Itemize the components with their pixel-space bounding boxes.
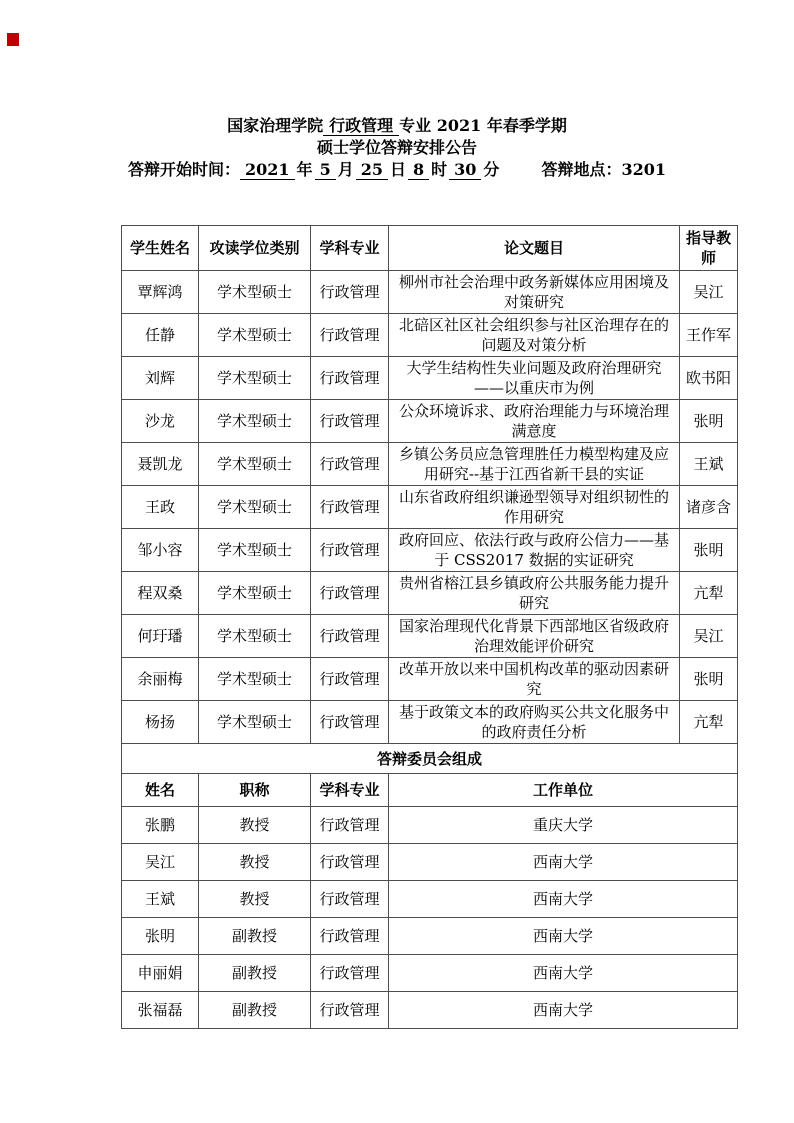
- student-advisor-cell: 吴江: [680, 615, 738, 658]
- student-advisor-cell: 欧书阳: [680, 357, 738, 400]
- student-advisor-cell: 王作军: [680, 314, 738, 357]
- header-committee-major: 学科专业: [311, 774, 389, 807]
- committee-unit-cell: 西南大学: [389, 844, 738, 881]
- student-thesis-cell: 政府回应、依法行政与政府公信力——基于 CSS2017 数据的实证研究: [389, 529, 680, 572]
- header-committee-title: 职称: [199, 774, 311, 807]
- student-row: 聂凯龙 学术型硕士 行政管理 乡镇公务员应急管理胜任力模型构建及应用研究--基于…: [122, 443, 738, 486]
- committee-row: 张福磊 副教授 行政管理 西南大学: [122, 992, 738, 1029]
- red-square-marker: [7, 33, 19, 46]
- student-name-cell: 刘辉: [122, 357, 199, 400]
- committee-name-cell: 张鹏: [122, 807, 199, 844]
- committee-major-cell: 行政管理: [311, 881, 389, 918]
- schedule-time-label: 答辩开始时间：: [128, 160, 240, 179]
- student-row: 杨扬 学术型硕士 行政管理 基于政策文本的政府购买公共文化服务中的政府责任分析 …: [122, 701, 738, 744]
- student-major-cell: 行政管理: [311, 400, 389, 443]
- student-thesis-cell: 大学生结构性失业问题及政府治理研究——以重庆市为例: [389, 357, 680, 400]
- committee-title-cell: 教授: [199, 807, 311, 844]
- committee-unit-cell: 西南大学: [389, 918, 738, 955]
- student-degree-cell: 学术型硕士: [199, 486, 311, 529]
- header-student-name: 学生姓名: [122, 226, 199, 271]
- student-major-cell: 行政管理: [311, 615, 389, 658]
- student-degree-cell: 学术型硕士: [199, 357, 311, 400]
- committee-title-cell: 副教授: [199, 992, 311, 1029]
- committee-title-cell: 教授: [199, 881, 311, 918]
- committee-row: 吴江 教授 行政管理 西南大学: [122, 844, 738, 881]
- committee-section-title: 答辩委员会组成: [122, 744, 738, 774]
- student-name-cell: 王政: [122, 486, 199, 529]
- schedule-day: 25: [356, 160, 388, 180]
- student-degree-cell: 学术型硕士: [199, 271, 311, 314]
- student-advisor-cell: 亢犁: [680, 701, 738, 744]
- student-row: 王政 学术型硕士 行政管理 山东省政府组织谦逊型领导对组织韧性的作用研究 诸彦含: [122, 486, 738, 529]
- student-degree-cell: 学术型硕士: [199, 314, 311, 357]
- committee-row: 申丽娟 副教授 行政管理 西南大学: [122, 955, 738, 992]
- committee-name-cell: 申丽娟: [122, 955, 199, 992]
- committee-header-row: 姓名 职称 学科专业 工作单位: [122, 774, 738, 807]
- location-value: 3201: [621, 160, 666, 179]
- committee-major-cell: 行政管理: [311, 992, 389, 1029]
- student-name-cell: 程双桑: [122, 572, 199, 615]
- committee-row: 张鹏 教授 行政管理 重庆大学: [122, 807, 738, 844]
- student-row: 程双桑 学术型硕士 行政管理 贵州省榕江县乡镇政府公共服务能力提升研究 亢犁: [122, 572, 738, 615]
- student-advisor-cell: 诸彦含: [680, 486, 738, 529]
- header-thesis-title: 论文题目: [389, 226, 680, 271]
- schedule-day-unit: 日: [390, 160, 406, 179]
- student-row: 沙龙 学术型硕士 行政管理 公众环境诉求、政府治理能力与环境治理满意度 张明: [122, 400, 738, 443]
- student-name-cell: 邹小容: [122, 529, 199, 572]
- schedule-hour: 8: [408, 160, 429, 180]
- title-line-1: 国家治理学院行政管理专业 2021 年春季学期: [0, 115, 794, 137]
- committee-row: 张明 副教授 行政管理 西南大学: [122, 918, 738, 955]
- committee-unit-cell: 西南大学: [389, 955, 738, 992]
- student-name-cell: 余丽梅: [122, 658, 199, 701]
- committee-table-body: 张鹏 教授 行政管理 重庆大学 吴江 教授 行政管理 西南大学 王斌 教授 行政…: [122, 807, 738, 1029]
- header-committee-unit: 工作单位: [389, 774, 738, 807]
- student-thesis-cell: 贵州省榕江县乡镇政府公共服务能力提升研究: [389, 572, 680, 615]
- students-header-row: 学生姓名 攻读学位类别 学科专业 论文题目 指导教师: [122, 226, 738, 271]
- schedule-year-unit: 年: [297, 160, 313, 179]
- schedule-hour-unit: 时: [431, 160, 447, 179]
- schedule-month: 5: [315, 160, 336, 180]
- student-degree-cell: 学术型硕士: [199, 529, 311, 572]
- student-degree-cell: 学术型硕士: [199, 443, 311, 486]
- committee-title-cell: 教授: [199, 844, 311, 881]
- title-line1-major-blank: 行政管理: [323, 116, 399, 136]
- committee-section-row: 答辩委员会组成: [122, 744, 738, 774]
- title-line-2: 硕士学位答辩安排公告: [0, 137, 794, 159]
- student-name-cell: 覃辉鸿: [122, 271, 199, 314]
- schedule-month-unit: 月: [338, 160, 354, 179]
- student-degree-cell: 学术型硕士: [199, 400, 311, 443]
- committee-row: 王斌 教授 行政管理 西南大学: [122, 881, 738, 918]
- committee-section: 答辩委员会组成 姓名 职称 学科专业 工作单位: [122, 744, 738, 807]
- committee-major-cell: 行政管理: [311, 918, 389, 955]
- student-thesis-cell: 山东省政府组织谦逊型领导对组织韧性的作用研究: [389, 486, 680, 529]
- student-major-cell: 行政管理: [311, 314, 389, 357]
- student-degree-cell: 学术型硕士: [199, 615, 311, 658]
- student-major-cell: 行政管理: [311, 701, 389, 744]
- committee-name-cell: 吴江: [122, 844, 199, 881]
- defense-schedule-table: 学生姓名 攻读学位类别 学科专业 论文题目 指导教师 覃辉鸿 学术型硕士 行政管…: [121, 225, 738, 1029]
- student-degree-cell: 学术型硕士: [199, 701, 311, 744]
- location-label: 答辩地点：: [541, 160, 621, 179]
- student-advisor-cell: 吴江: [680, 271, 738, 314]
- student-thesis-cell: 柳州市社会治理中政务新媒体应用困境及对策研究: [389, 271, 680, 314]
- student-major-cell: 行政管理: [311, 271, 389, 314]
- document-page: 国家治理学院行政管理专业 2021 年春季学期 硕士学位答辩安排公告 答辩开始时…: [0, 0, 794, 1123]
- student-advisor-cell: 张明: [680, 658, 738, 701]
- student-row: 覃辉鸿 学术型硕士 行政管理 柳州市社会治理中政务新媒体应用困境及对策研究 吴江: [122, 271, 738, 314]
- committee-unit-cell: 重庆大学: [389, 807, 738, 844]
- students-table-body: 覃辉鸿 学术型硕士 行政管理 柳州市社会治理中政务新媒体应用困境及对策研究 吴江…: [122, 271, 738, 744]
- student-row: 何玗璠 学术型硕士 行政管理 国家治理现代化背景下西部地区省级政府治理效能评价研…: [122, 615, 738, 658]
- committee-unit-cell: 西南大学: [389, 881, 738, 918]
- header-degree-type: 攻读学位类别: [199, 226, 311, 271]
- student-row: 刘辉 学术型硕士 行政管理 大学生结构性失业问题及政府治理研究——以重庆市为例 …: [122, 357, 738, 400]
- title-line1-suffix: 专业 2021 年春季学期: [399, 116, 567, 135]
- student-thesis-cell: 北碚区社区社会组织参与社区治理存在的问题及对策分析: [389, 314, 680, 357]
- committee-unit-cell: 西南大学: [389, 992, 738, 1029]
- committee-major-cell: 行政管理: [311, 955, 389, 992]
- student-advisor-cell: 王斌: [680, 443, 738, 486]
- student-major-cell: 行政管理: [311, 529, 389, 572]
- committee-title-cell: 副教授: [199, 918, 311, 955]
- student-thesis-cell: 乡镇公务员应急管理胜任力模型构建及应用研究--基于江西省新干县的实证: [389, 443, 680, 486]
- student-advisor-cell: 亢犁: [680, 572, 738, 615]
- student-major-cell: 行政管理: [311, 357, 389, 400]
- title-line-3: 答辩开始时间：2021年5月25日8时30分答辩地点：3201: [0, 159, 794, 181]
- student-advisor-cell: 张明: [680, 400, 738, 443]
- header-committee-name: 姓名: [122, 774, 199, 807]
- student-row: 余丽梅 学术型硕士 行政管理 改革开放以来中国机构改革的驱动因素研究 张明: [122, 658, 738, 701]
- committee-title-cell: 副教授: [199, 955, 311, 992]
- students-table-header: 学生姓名 攻读学位类别 学科专业 论文题目 指导教师: [122, 226, 738, 271]
- committee-major-cell: 行政管理: [311, 807, 389, 844]
- student-name-cell: 何玗璠: [122, 615, 199, 658]
- student-name-cell: 杨扬: [122, 701, 199, 744]
- student-row: 邹小容 学术型硕士 行政管理 政府回应、依法行政与政府公信力——基于 CSS20…: [122, 529, 738, 572]
- student-degree-cell: 学术型硕士: [199, 658, 311, 701]
- schedule-minute: 30: [449, 160, 481, 180]
- student-major-cell: 行政管理: [311, 443, 389, 486]
- student-row: 任静 学术型硕士 行政管理 北碚区社区社会组织参与社区治理存在的问题及对策分析 …: [122, 314, 738, 357]
- student-advisor-cell: 张明: [680, 529, 738, 572]
- student-name-cell: 聂凯龙: [122, 443, 199, 486]
- committee-major-cell: 行政管理: [311, 844, 389, 881]
- student-thesis-cell: 国家治理现代化背景下西部地区省级政府治理效能评价研究: [389, 615, 680, 658]
- header-major: 学科专业: [311, 226, 389, 271]
- student-thesis-cell: 改革开放以来中国机构改革的驱动因素研究: [389, 658, 680, 701]
- student-name-cell: 沙龙: [122, 400, 199, 443]
- document-title-block: 国家治理学院行政管理专业 2021 年春季学期 硕士学位答辩安排公告 答辩开始时…: [0, 115, 794, 181]
- committee-name-cell: 张明: [122, 918, 199, 955]
- schedule-year: 2021: [240, 160, 295, 180]
- committee-name-cell: 王斌: [122, 881, 199, 918]
- schedule-minute-unit: 分: [483, 160, 499, 179]
- header-advisor: 指导教师: [680, 226, 738, 271]
- student-major-cell: 行政管理: [311, 572, 389, 615]
- student-thesis-cell: 基于政策文本的政府购买公共文化服务中的政府责任分析: [389, 701, 680, 744]
- student-major-cell: 行政管理: [311, 658, 389, 701]
- committee-name-cell: 张福磊: [122, 992, 199, 1029]
- student-major-cell: 行政管理: [311, 486, 389, 529]
- title-line1-prefix: 国家治理学院: [227, 116, 323, 135]
- student-degree-cell: 学术型硕士: [199, 572, 311, 615]
- student-name-cell: 任静: [122, 314, 199, 357]
- student-thesis-cell: 公众环境诉求、政府治理能力与环境治理满意度: [389, 400, 680, 443]
